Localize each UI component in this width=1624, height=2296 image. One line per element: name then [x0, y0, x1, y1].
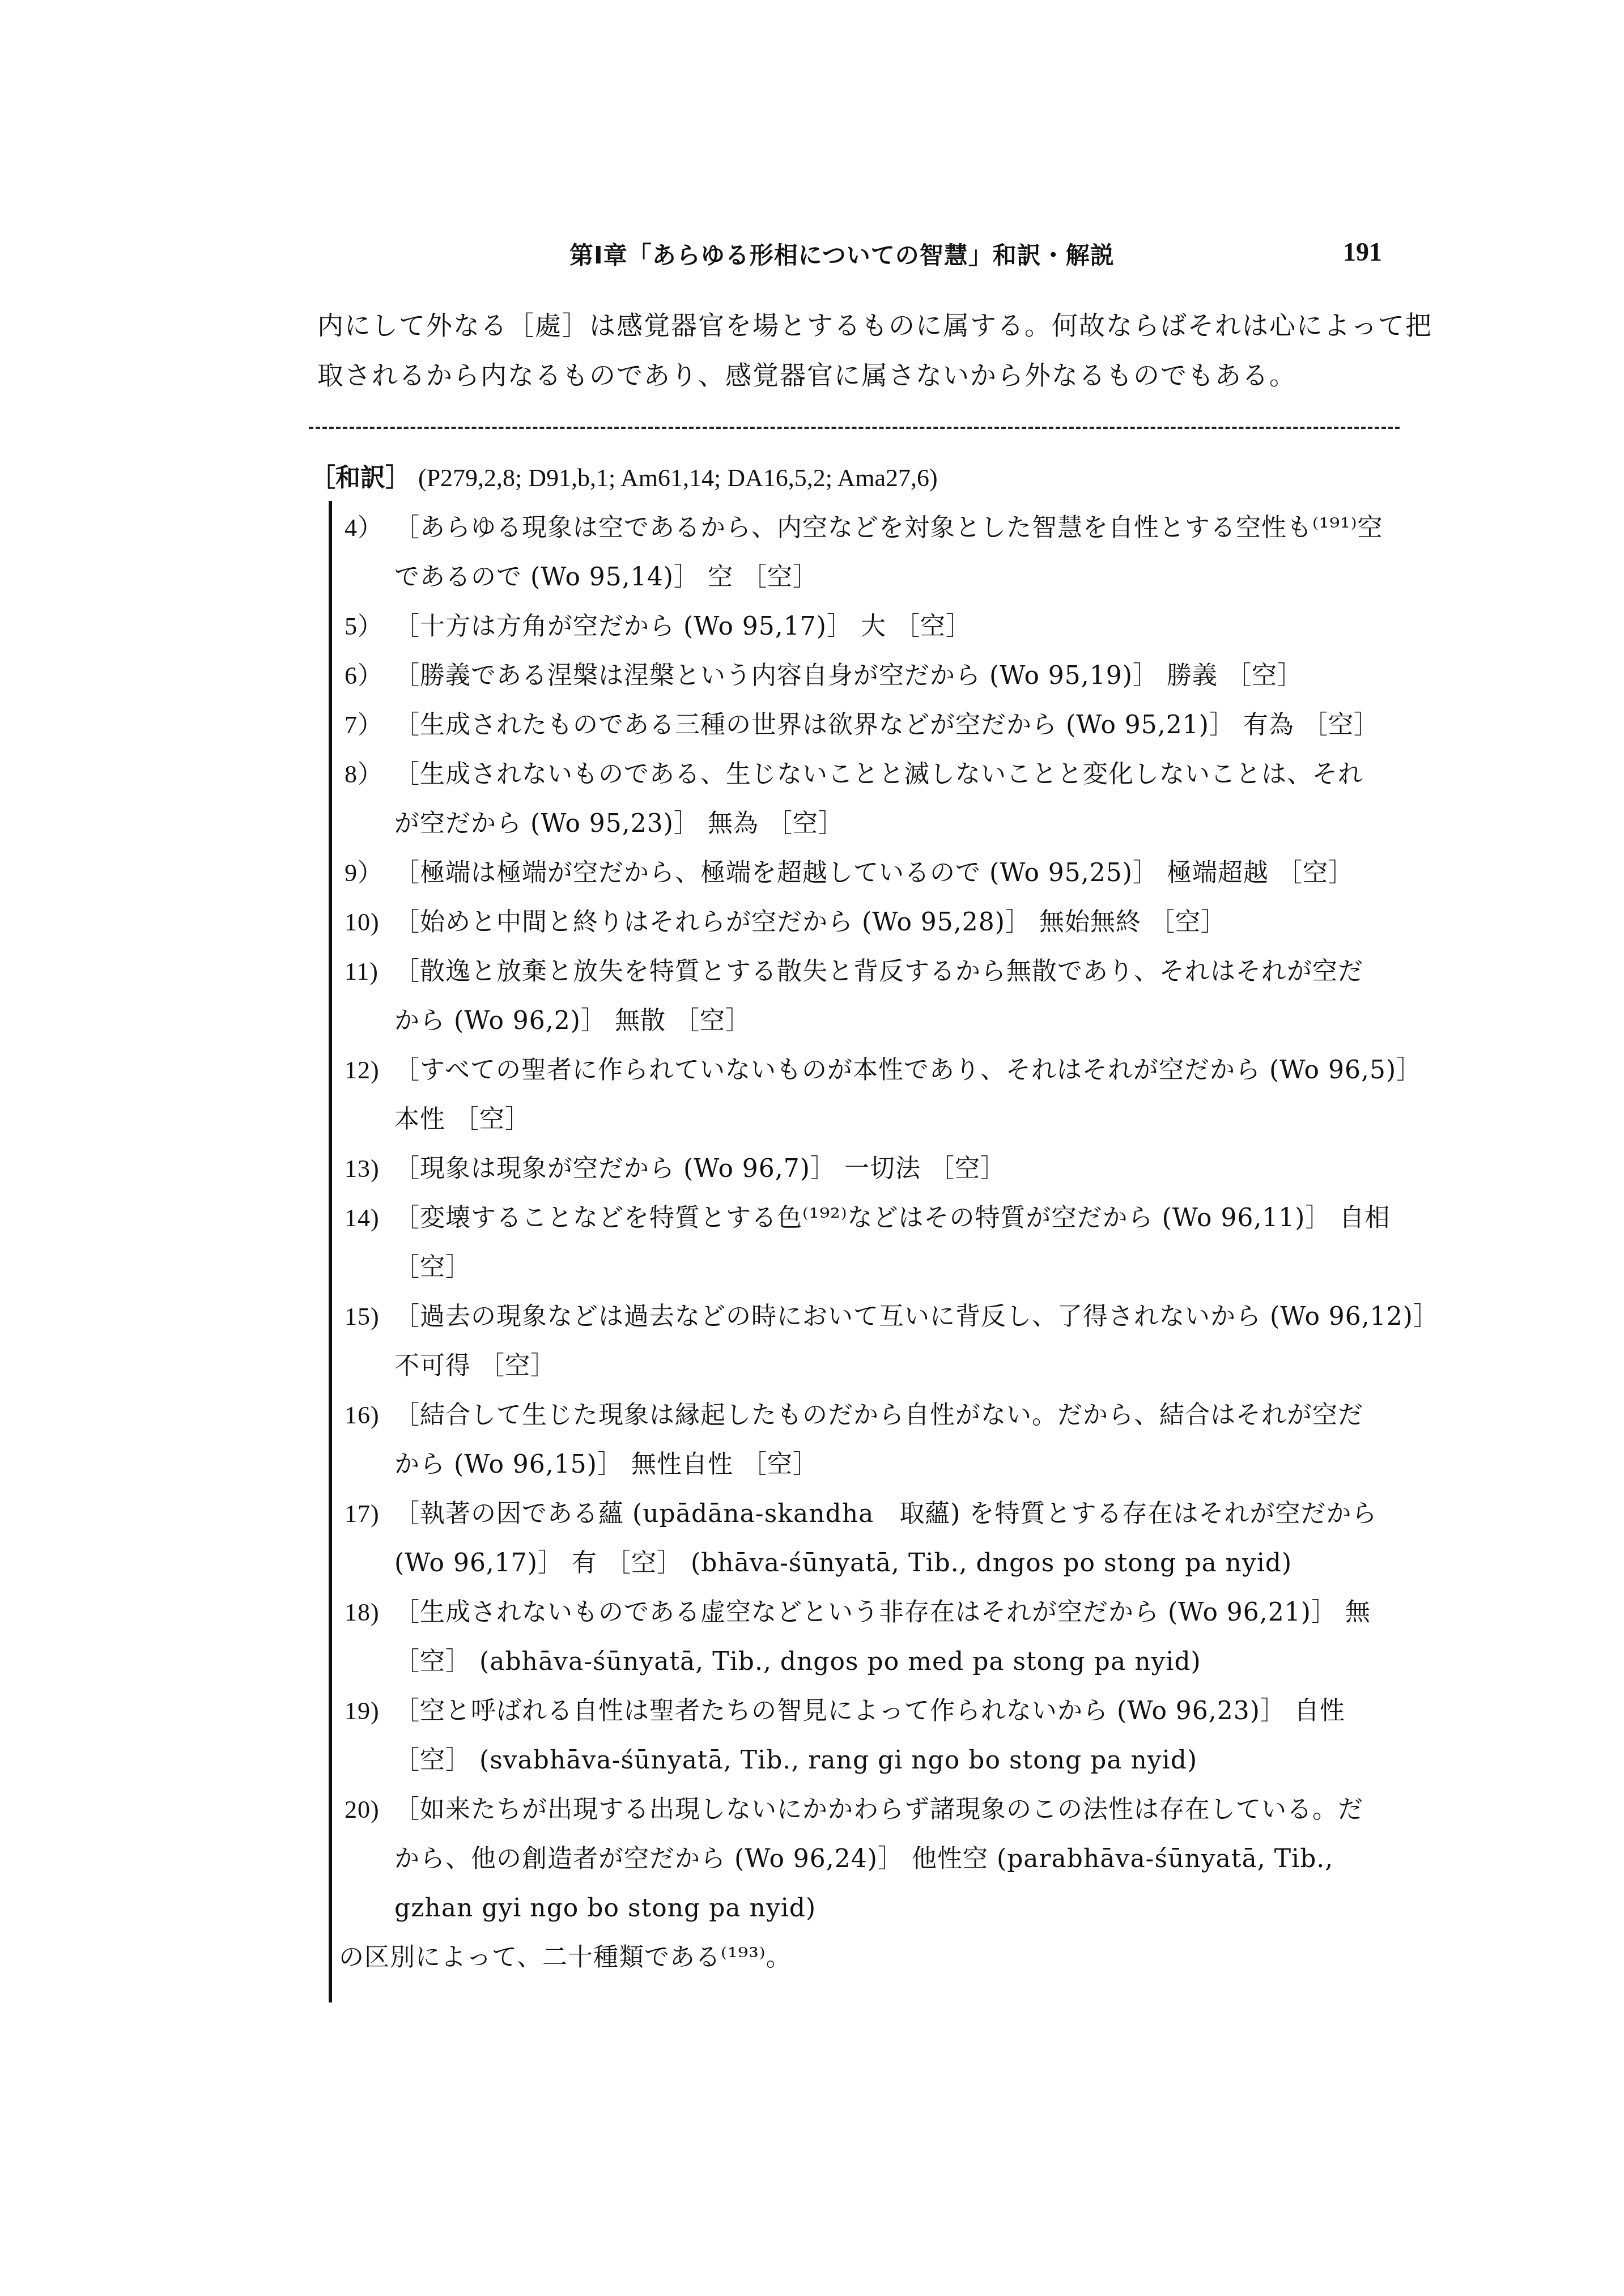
- list-item: 4）［あらゆる現象は空であるから、内空などを対象とした智慧を自性とする空性も⁽¹…: [345, 503, 1415, 552]
- item-text: ［極端は極端が空だから、極端を超越しているので (Wo 95,25)］ 極端超越…: [394, 858, 1354, 887]
- item-number: 7）: [345, 700, 394, 750]
- book-page: 第Ⅰ章「あらゆる形相についての智慧」和訳・解説 191 内にして外なる［處］は感…: [0, 0, 1624, 2296]
- intro-line: 取されるから内なるものであり、感覚器官に属さないから外なるものでもある。: [317, 350, 1411, 400]
- list-item: 6）［勝義である涅槃は涅槃という内容自身が空だから (Wo 95,19)］ 勝義…: [345, 651, 1415, 700]
- item-text: ［あらゆる現象は空であるから、内空などを対象とした智慧を自性とする空性も⁽¹⁹¹…: [394, 513, 1383, 542]
- list-item: 11)［散逸と放棄と放失を特質とする散失と背反するから無散であり、それはそれが空…: [345, 947, 1415, 996]
- item-number: 5）: [345, 602, 394, 651]
- item-number: 13): [345, 1144, 394, 1193]
- item-text: 本性 ［空］: [394, 1105, 530, 1134]
- item-text: であるので (Wo 95,14)］ 空 ［空］: [394, 563, 818, 592]
- source-references: (P279,2,8; D91,b,1; Am61,14; DA16,5,2; A…: [418, 464, 938, 492]
- item-text: ［空］: [394, 1253, 471, 1282]
- item-text: gzhan gyi ngo bo stong pa nyid): [394, 1894, 816, 1923]
- item-text: ［空と呼ばれる自性は聖者たちの智見によって作られないから (Wo 96,23)］…: [394, 1697, 1345, 1725]
- item-text: ［すべての聖者に作られていないものが本性であり、それはそれが空だから (Wo 9…: [394, 1056, 1422, 1085]
- item-text: が空だから (Wo 95,23)］ 無為 ［空］: [394, 809, 844, 838]
- vertical-bracket-bar: [329, 501, 332, 2002]
- running-title: 第Ⅰ章「あらゆる形相についての智慧」和訳・解説: [569, 237, 1115, 271]
- item-text: から (Wo 96,15)］ 無性自性 ［空］: [394, 1450, 818, 1479]
- item-text: ［始めと中間と終りはそれらが空だから (Wo 95,28)］ 無始無終 ［空］: [394, 908, 1226, 937]
- list-item: 17)［執著の因である蘊 (upādāna-skandha 取蘊) を特質とする…: [345, 1489, 1415, 1538]
- list-item-continuation: であるので (Wo 95,14)］ 空 ［空］: [345, 552, 1415, 602]
- list-item-continuation: ［空］: [345, 1243, 1415, 1292]
- item-text: 不可得 ［空］: [394, 1351, 556, 1380]
- page-number: 191: [1343, 237, 1382, 267]
- translation-label: ［和訳］: [311, 464, 410, 492]
- item-text: ［勝義である涅槃は涅槃という内容自身が空だから (Wo 95,19)］ 勝義 ［…: [394, 661, 1303, 690]
- list-item-continuation: が空だから (Wo 95,23)］ 無為 ［空］: [345, 799, 1415, 848]
- list-item-continuation: gzhan gyi ngo bo stong pa nyid): [345, 1883, 1415, 1933]
- item-text: ［執著の因である蘊 (upādāna-skandha 取蘊) を特質とする存在は…: [394, 1499, 1377, 1528]
- list-item-continuation: ［空］ (abhāva-śūnyatā, Tib., dngos po med …: [345, 1637, 1415, 1686]
- item-text: ［十方は方角が空だから (Wo 95,17)］ 大 ［空］: [394, 612, 971, 641]
- item-text: ［如来たちが出現する出現しないにかかわらず諸現象のこの法性は存在している。だ: [394, 1795, 1363, 1824]
- item-number: 4）: [345, 503, 394, 552]
- closing-line: の区別によって、二十種類である⁽¹⁹³⁾。: [339, 1933, 1415, 1982]
- item-number: 14): [345, 1193, 394, 1243]
- list-item: 13)［現象は現象が空だから (Wo 96,7)］ 一切法 ［空］: [345, 1144, 1415, 1193]
- item-number: 9）: [345, 848, 394, 898]
- dashed-divider: [309, 427, 1400, 429]
- list-item-continuation: 不可得 ［空］: [345, 1341, 1415, 1391]
- translation-heading: ［和訳］(P279,2,8; D91,b,1; Am61,14; DA16,5,…: [311, 453, 1415, 503]
- list-item-continuation: (Wo 96,17)］ 有 ［空］ (bhāva-śūnyatā, Tib., …: [345, 1538, 1415, 1588]
- list-item: 7）［生成されたものである三種の世界は欲界などが空だから (Wo 95,21)］…: [345, 700, 1415, 750]
- item-text: ［過去の現象などは過去などの時において互いに背反し、了得されないから (Wo 9…: [394, 1302, 1439, 1331]
- list-item: 18)［生成されないものである虚空などという非存在はそれが空だから (Wo 96…: [345, 1588, 1415, 1637]
- item-text: ［生成されないものである虚空などという非存在はそれが空だから (Wo 96,21…: [394, 1598, 1371, 1627]
- translation-section: ［和訳］(P279,2,8; D91,b,1; Am61,14; DA16,5,…: [311, 453, 1415, 503]
- item-text: ［空］ (abhāva-śūnyatā, Tib., dngos po med …: [394, 1647, 1201, 1676]
- item-text: ［空］ (svabhāva-śūnyatā, Tib., rang gi ngo…: [394, 1746, 1197, 1775]
- item-text: ［現象は現象が空だから (Wo 96,7)］ 一切法 ［空］: [394, 1154, 1006, 1183]
- list-item: 14)［変壊することなどを特質とする色⁽¹⁹²⁾などはその特質が空だから (Wo…: [345, 1193, 1415, 1243]
- list-item: 20)［如来たちが出現する出現しないにかかわらず諸現象のこの法性は存在している。…: [345, 1785, 1415, 1834]
- list-item: 9）［極端は極端が空だから、極端を超越しているので (Wo 95,25)］ 極端…: [345, 848, 1415, 898]
- item-number: 10): [345, 898, 394, 947]
- item-text: から (Wo 96,2)］ 無散 ［空］: [394, 1006, 751, 1035]
- item-number: 20): [345, 1785, 394, 1834]
- list-item: 10)［始めと中間と終りはそれらが空だから (Wo 95,28)］ 無始無終 ［…: [345, 898, 1415, 947]
- list-item: 5）［十方は方角が空だから (Wo 95,17)］ 大 ［空］: [345, 602, 1415, 651]
- item-text: から、他の創造者が空だから (Wo 96,24)］ 他性空 (parabhāva…: [394, 1844, 1333, 1873]
- list-item: 15)［過去の現象などは過去などの時において互いに背反し、了得されないから (W…: [345, 1292, 1415, 1341]
- item-text: ［生成されないものである、生じないことと滅しないことと変化しないことは、それ: [394, 760, 1363, 789]
- list-item-continuation: ［空］ (svabhāva-śūnyatā, Tib., rang gi ngo…: [345, 1736, 1415, 1785]
- item-text: (Wo 96,17)］ 有 ［空］ (bhāva-śūnyatā, Tib., …: [394, 1549, 1292, 1578]
- list-item: 19)［空と呼ばれる自性は聖者たちの智見によって作られないから (Wo 96,2…: [345, 1686, 1415, 1736]
- item-text: ［生成されたものである三種の世界は欲界などが空だから (Wo 95,21)］ 有…: [394, 711, 1379, 739]
- item-number: 19): [345, 1686, 394, 1736]
- list-item-continuation: 本性 ［空］: [345, 1095, 1415, 1144]
- list-item-continuation: から (Wo 96,15)］ 無性自性 ［空］: [345, 1440, 1415, 1489]
- intro-line: 内にして外なる［處］は感覚器官を場とするものに属する。何故ならばそれは心によって…: [317, 300, 1411, 350]
- emptiness-list: 4）［あらゆる現象は空であるから、内空などを対象とした智慧を自性とする空性も⁽¹…: [345, 503, 1415, 1982]
- list-item: 16)［結合して生じた現象は縁起したものだから自性がない。だから、結合はそれが空…: [345, 1391, 1415, 1440]
- item-number: 16): [345, 1391, 394, 1440]
- item-text: ［結合して生じた現象は縁起したものだから自性がない。だから、結合はそれが空だ: [394, 1401, 1363, 1430]
- item-text: ［変壊することなどを特質とする色⁽¹⁹²⁾などはその特質が空だから (Wo 96…: [394, 1204, 1391, 1232]
- item-number: 18): [345, 1588, 394, 1637]
- item-text: ［散逸と放棄と放失を特質とする散失と背反するから無散であり、それはそれが空だ: [394, 957, 1363, 986]
- list-item: 8）［生成されないものである、生じないことと滅しないことと変化しないことは、それ: [345, 750, 1415, 799]
- item-number: 15): [345, 1292, 394, 1341]
- item-number: 11): [345, 947, 394, 996]
- item-number: 6）: [345, 651, 394, 700]
- list-item-continuation: から、他の創造者が空だから (Wo 96,24)］ 他性空 (parabhāva…: [345, 1834, 1415, 1883]
- item-number: 12): [345, 1045, 394, 1095]
- list-item-continuation: から (Wo 96,2)］ 無散 ［空］: [345, 996, 1415, 1045]
- item-number: 17): [345, 1489, 394, 1538]
- list-item: 12)［すべての聖者に作られていないものが本性であり、それはそれが空だから (W…: [345, 1045, 1415, 1095]
- item-number: 8）: [345, 750, 394, 799]
- intro-paragraph: 内にして外なる［處］は感覚器官を場とするものに属する。何故ならばそれは心によって…: [317, 300, 1411, 400]
